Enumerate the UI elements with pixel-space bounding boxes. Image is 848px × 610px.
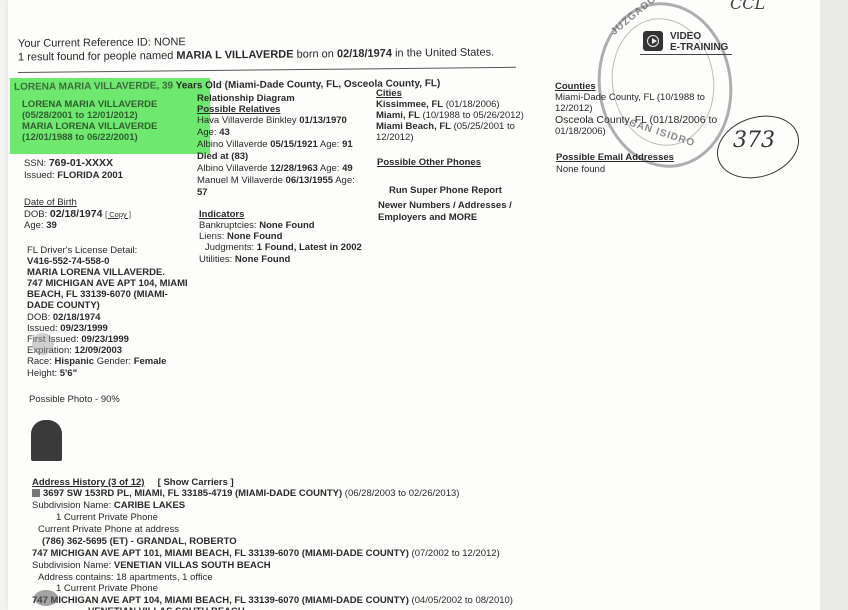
dl-issued-value: 09/23/1999 [60,323,108,334]
subdivision-label: Subdivision Name: [32,500,111,511]
relative-age-label: Age: [335,175,355,186]
indicator-value: None Found [235,254,290,265]
possible-photo-label: Possible Photo - 90% [29,394,120,406]
race-value: Hispanic [54,356,94,367]
alias-2-dates: (12/01/1988 to 06/22/2001) [22,132,138,144]
indicator-label: Bankruptcies: [199,220,257,231]
possible-other-phones-link[interactable]: Possible Other Phones [377,157,481,169]
address-dates: (04/05/2002 to 08/2010) [412,595,513,606]
circled-number: 373 [733,128,775,153]
relative-age: 49 [342,163,353,174]
phone-note: Current Private Phone at address [38,524,179,536]
city-name[interactable]: Kissimmee, FL [376,99,443,110]
age-value: 39 [46,220,57,231]
relative-name[interactable]: Manuel M Villaverde [197,175,283,186]
relative-age: 91 [342,139,353,150]
video-label-line1: VIDEO [670,31,728,42]
indicator-label: Judgments: [205,242,254,253]
person-title-name: LORENA MARIA VILLAVERDE, 39 [14,80,173,92]
indicator-judgments: Judgments: 1 Found, Latest in 2002 [205,242,362,254]
copy-dob-link[interactable]: [ Copy ] [105,210,131,219]
height-label: Height: [27,368,57,379]
email-value: None found [556,164,605,176]
subdivision-value: VENETIAN VILLAS SOUTH BEACH [114,560,271,571]
relative-row: Manuel M Villaverde 06/13/1955 Age: [197,175,355,187]
result-name: MARIA L VILLAVERDE [176,49,293,62]
result-mid: born on [293,48,337,60]
result-suffix: in the United States. [392,47,494,60]
page-edge [820,0,848,610]
city-name[interactable]: Miami, FL [376,110,420,121]
ssn-issued-row: Issued: FLORIDA 2001 [24,170,123,182]
address-dates: (06/28/2003 to 02/26/2013) [345,488,460,499]
dl-address-3: DADE COUNTY) [27,300,100,312]
city-dates: (05/25/2001 to [454,121,515,132]
video-label-line2: E-TRAINING [670,42,728,53]
city-name[interactable]: Miami Beach, FL [376,121,451,132]
relative-row: Hava Villaverde Binkley 01/13/1970 [197,115,347,127]
dob-label: DOB: [24,209,47,220]
subdivision-label: Subdivision Name: [32,560,111,571]
race-gender-row: Race: Hispanic Gender: Female [27,356,166,368]
ssn-issued-label: Issued: [24,170,55,181]
indicator-utilities: Utilities: None Found [199,254,290,266]
result-dob: 02/18/1974 [337,48,392,61]
run-super-phone-report-link[interactable]: Run Super Phone Report [389,185,502,197]
age-label: Age: [24,220,44,231]
video-training-link[interactable]: VIDEO E-TRAINING [670,31,728,53]
reference-id-line: Your Current Reference ID: NONE [18,36,186,51]
ssn-label: SSN: [24,158,46,169]
indicator-value: None Found [259,220,314,231]
city-dates-continued: 12/2012) [376,132,414,144]
video-play-icon[interactable] [643,31,663,51]
handwritten-scrawl: CCL [730,0,765,13]
dl-dob-value: 02/18/1974 [53,312,101,323]
address-history-heading: Address History (3 of 12) [32,477,144,488]
possible-photo-thumbnail[interactable] [31,420,62,461]
dl-dob-label: DOB: [27,312,50,323]
address-dates: (07/2002 to 12/2012) [412,548,500,559]
possible-email-heading: Possible Email Addresses [556,152,674,164]
indicator-value: None Found [227,231,282,242]
phones-count: 1 Current Private Phone [56,512,158,524]
relative-age: 43 [219,127,230,138]
county-row-line2: 01/18/2006) [555,126,606,138]
house-icon [32,489,40,497]
subdivision-row: Subdivision Name: CARIBE LAKES [32,500,185,512]
relative-dob: 05/15/1921 [270,139,318,150]
relative-age-row: Age: 43 [197,127,230,139]
promo-line-2[interactable]: Employers and MORE [378,212,477,224]
address-line[interactable]: 747 MICHIGAN AVE APT 104, MIAMI BEACH, F… [32,595,409,606]
relative-died-note: Died at (83) [197,151,248,163]
subdivision-value: CARIBE LAKES [114,500,185,511]
relative-name[interactable]: Albino Villaverde [197,163,268,174]
result-prefix: 1 result found for people named [18,50,177,64]
dob-value: 02/18/1974 [50,208,103,220]
dl-expiration-value: 12/09/2003 [75,345,123,356]
city-dates: (01/18/2006) [446,99,500,110]
ssn-issued-value: FLORIDA 2001 [57,170,123,181]
phones-count: 1 Current Private Phone [56,583,158,595]
subdivision-value: VENETIAN VILLAS SOUTH BEACH [88,606,245,610]
race-label: Race: [27,356,52,367]
city-dates: (10/1988 to 05/26/2012) [422,110,523,121]
video-underline [640,54,732,55]
relative-age: 57 [197,187,208,199]
gender-label: Gender: [97,356,131,367]
relative-dob: 06/13/1955 [286,175,334,186]
address-entry: 3697 SW 153RD PL, MIAMI, FL 33185-4719 (… [32,488,459,500]
relative-name[interactable]: Albino Villaverde [197,139,268,150]
relative-age-label: Age: [320,163,340,174]
show-carriers-link[interactable]: [ Show Carriers ] [158,477,234,488]
address-line[interactable]: 747 MICHIGAN AVE APT 101, MIAMI BEACH, F… [32,548,409,559]
relative-age-label: Age: [320,139,340,150]
dl-first-issued-value: 09/23/1999 [81,334,129,345]
phone-number[interactable]: (786) 362-5695 (ET) - GRANDAL, ROBERTO [42,536,237,548]
relative-row: Albino Villaverde 05/15/1921 Age: 91 [197,139,353,151]
relative-dob: 01/13/1970 [299,115,347,126]
scan-smudge [32,333,54,355]
ssn-row: SSN: 769-01-XXXX [24,157,113,170]
address-line[interactable]: 3697 SW 153RD PL, MIAMI, FL 33185-4719 (… [43,488,342,499]
promo-line-1[interactable]: Newer Numbers / Addresses / [378,200,512,212]
ssn-value: 769-01-XXXX [49,157,113,169]
subdivision-row: Subdivision Name: VENETIAN VILLAS SOUTH … [32,560,271,572]
relative-dob: 12/28/1963 [270,163,318,174]
indicator-label: Liens: [199,231,224,242]
address-entry: 747 MICHIGAN AVE APT 101, MIAMI BEACH, F… [32,548,500,560]
relative-age-label: Age: [197,127,217,138]
age-row: Age: 39 [24,220,57,232]
height-value: 5'6" [60,368,77,379]
indicator-label: Utilities: [199,254,232,265]
relative-name[interactable]: Hava Villaverde Binkley [197,115,297,126]
indicator-value[interactable]: 1 Found, Latest in 2002 [257,242,362,253]
gender-value: Female [134,356,167,367]
scan-smudge [34,590,58,606]
relative-row: Albino Villaverde 12/28/1963 Age: 49 [197,163,353,175]
county-row-line1: Osceola County, FL (01/18/2006 to [555,114,717,126]
height-row: Height: 5'6" [27,368,77,380]
